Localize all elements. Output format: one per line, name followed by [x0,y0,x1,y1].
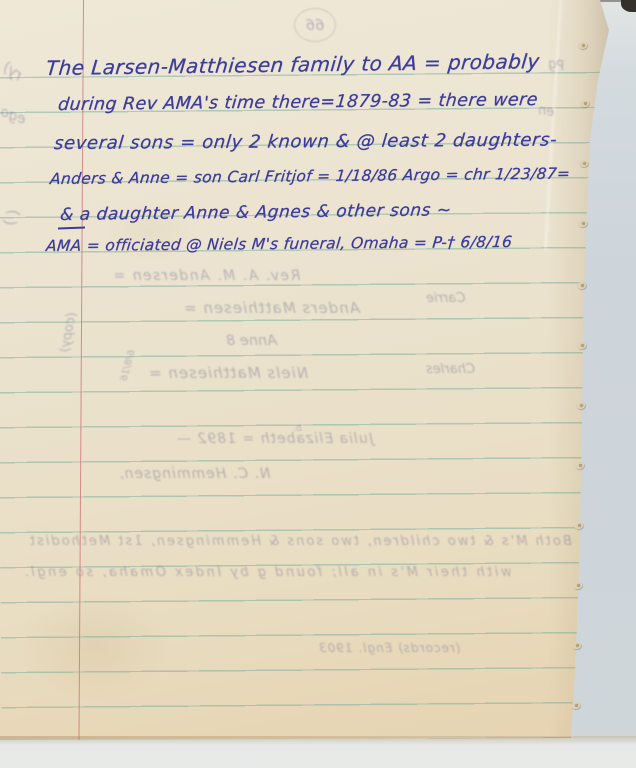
stitch-tab [577,342,586,349]
bleedthrough-line: Charles [426,362,475,377]
bleedthrough-line: with their M's in all; found g by Index … [22,565,511,580]
bleedthrough-line: Rev. A. M. Andersen = [112,268,300,284]
handwritten-line-3: several sons = only 2 known & @ least 2 … [53,129,558,154]
bleedthrough-line: Anders Matthiesen = [183,299,360,317]
bleedthrough-line: (records) Engl. 1903 [318,641,461,655]
stitch-tab [578,42,587,49]
bleedthrough-smudge: en [537,103,555,120]
stitch-tab [577,282,586,289]
stitch-tab [575,462,584,469]
stitch-tab [579,160,588,167]
stitch-tab [572,642,581,649]
bleedthrough-line: Both M's & two children, two sons & Hemm… [28,534,572,549]
stitch-tab [573,582,582,589]
ghost-page-number: 66 [305,16,324,34]
stitch-tab [578,220,587,227]
bleedthrough-line: Carrie [426,291,465,306]
stitch-tab [571,702,580,709]
stitch-tab [574,522,583,529]
bleedthrough-smudge: Pg [547,56,566,74]
bleedthrough-line: Niels Matthiesen = [148,364,308,382]
ghost-page-number-circle: 66 [294,8,336,42]
scanned-document: 66 Rev. A. M. Andersen = Carrie Anders M… [0,0,636,768]
scanner-background-bottom [0,736,636,768]
stitch-tab [576,402,585,409]
bleedthrough-line: Julia Elizabeth = 1892 — [176,431,373,447]
bleedthrough-line: Anne 8 [226,333,277,349]
notebook-page: 66 Rev. A. M. Andersen = Carrie Anders M… [0,0,636,740]
stitch-tab [580,100,589,107]
bleedthrough-line: N. C. Hemmingsen, [118,466,270,482]
